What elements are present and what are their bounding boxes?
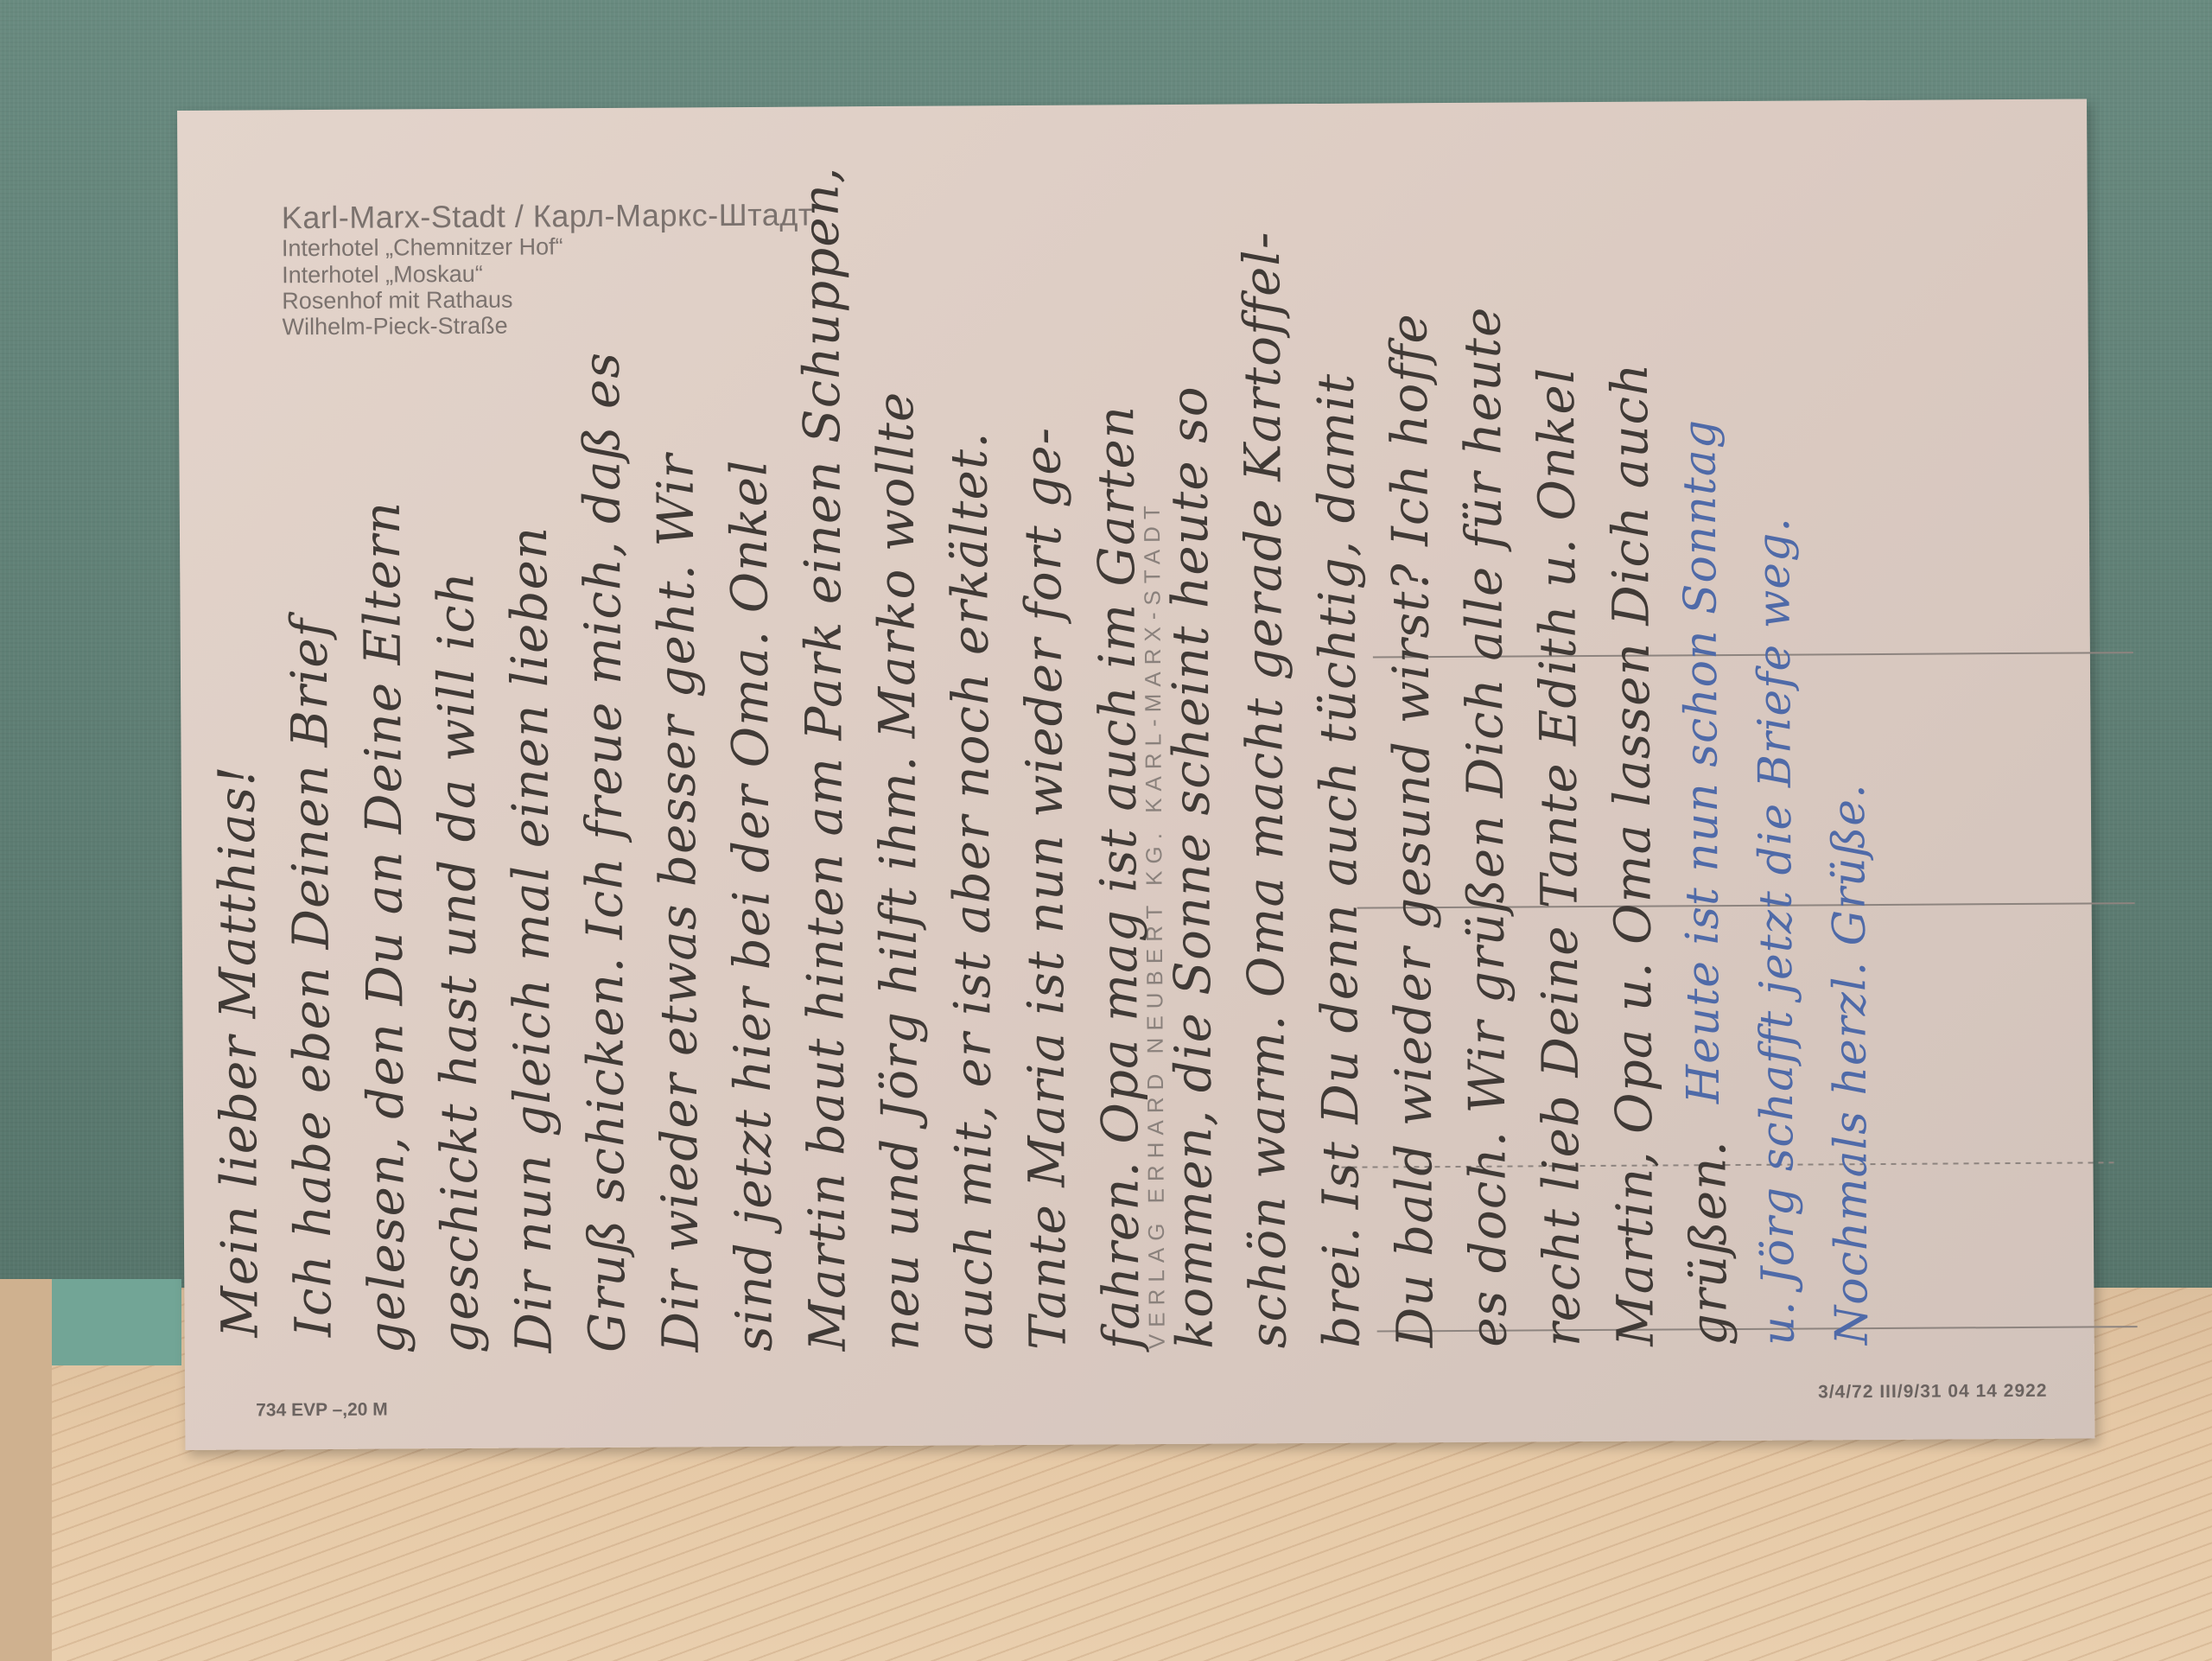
- handwriting-line: Ich habe eben Deinen Brief: [280, 618, 343, 1338]
- caption-title: Karl-Marx-Stadt / Карл-Маркс-Штадт: [282, 198, 813, 236]
- handwriting-line: gelesen, den Du an Deine Eltern: [353, 501, 416, 1354]
- handwriting-line: auch mit, er ist aber noch erkältet.: [939, 431, 1003, 1350]
- handwriting-line: Dir wieder etwas besser geht. Wir: [645, 454, 709, 1352]
- handwriting-postscript-line: Heute ist nun schon Sonntag: [1674, 419, 1730, 1104]
- print-code: 3/4/72 III/9/31 04 14 2922: [1818, 1381, 2048, 1403]
- handwriting-postscript-line: u. Jörg schafft jetzt die Briefe weg.: [1748, 517, 1805, 1346]
- handwriting-line: geschickt hast und da will ich: [426, 571, 490, 1353]
- price-code: 734 EVP –,20 M: [256, 1400, 388, 1422]
- handwriting-line: brei. Ist Du denn auch tüchtig, damit: [1306, 373, 1371, 1348]
- handwriting-line: kommen, die Sonne scheint heute so: [1160, 385, 1224, 1349]
- postcard: Karl-Marx-Stadt / Карл-Маркс-Штадт Inter…: [177, 99, 2094, 1449]
- caption-line: Wilhelm-Pieck-Straße: [282, 311, 813, 340]
- handwriting-line: grüßen.: [1678, 1140, 1738, 1346]
- handwriting-line: Martin baut hinten am Park einen Schuppe…: [791, 166, 856, 1351]
- handwriting-line: Gruß schicken. Ich freue mich, daß es: [572, 352, 637, 1352]
- handwriting-line: Dir nun gleich mal einen lieben: [499, 526, 563, 1353]
- caption-line: Interhotel „Moskau“: [282, 258, 813, 288]
- green-board-edge: [52, 1279, 181, 1365]
- handwriting-line: neu und Jörg hilft ihm. Marko wollte: [866, 391, 931, 1352]
- handwriting-line: schön warm. Oma macht gerade Kartoffel-: [1232, 231, 1298, 1348]
- table-edge-left: [0, 1279, 52, 1661]
- handwriting-line: Tante Maria ist nun wieder fort ge-: [1013, 427, 1077, 1350]
- handwriting-line: recht lieb Deine Tante Edith u. Onkel: [1527, 366, 1592, 1346]
- handwriting-line: Du bald wieder gesund wirst? Ich hoffe: [1379, 313, 1444, 1347]
- caption-line: Rosenhof mit Rathaus: [282, 284, 813, 314]
- handwriting-line: fahren. Opa mag ist auch im Garten: [1086, 405, 1151, 1350]
- handwriting-postscript-line: Nochmals herzl. Grüße.: [1823, 783, 1878, 1345]
- handwriting-line: Martin, Opa u. Oma lassen Dich auch: [1600, 362, 1665, 1346]
- handwriting-line: Mein lieber Matthias!: [207, 765, 270, 1338]
- caption-line: Interhotel „Chemnitzer Hof“: [282, 232, 813, 262]
- handwriting-line: es doch. Wir grüßen Dich alle für heute: [1452, 306, 1517, 1346]
- postcard-caption: Karl-Marx-Stadt / Карл-Маркс-Штадт Inter…: [282, 198, 814, 340]
- handwriting-line: sind jetzt hier bei der Oma. Onkel: [719, 459, 783, 1352]
